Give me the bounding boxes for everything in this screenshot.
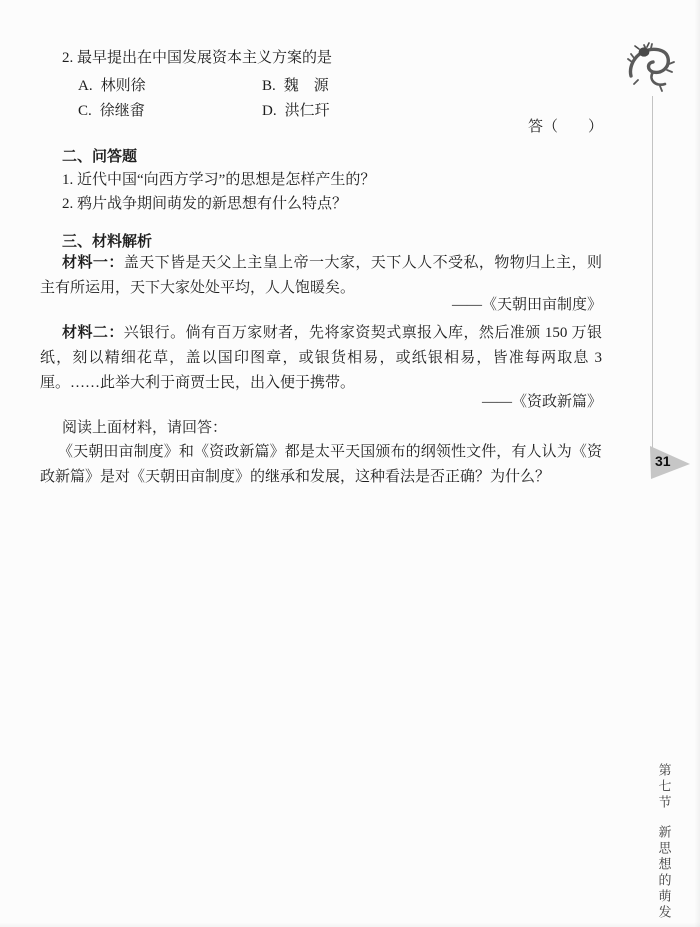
chapter-vertical-label: 第七节 新思想的萌发 <box>651 763 677 921</box>
material-1-label: 材料一： <box>62 254 124 271</box>
option-a-label: A. <box>78 78 93 94</box>
option-a: A.林则徐 <box>78 74 146 99</box>
option-d-label: D. <box>262 103 277 119</box>
option-b-text: 魏 源 <box>284 78 329 94</box>
page-edge-shadow-right <box>694 0 700 927</box>
dragon-ornament-icon <box>624 42 678 96</box>
material-1-source: ——《天朝田亩制度》 <box>40 293 606 318</box>
material-final-question: 《天朝田亩制度》和《资政新篇》都是太平天国颁布的纲领性文件，有人认为《资政新篇》… <box>40 440 602 490</box>
material-2-text: 兴银行。倘有百万家财者，先将家资契式禀报入库，然后准颁 150 万银纸，刻以精细… <box>40 325 602 391</box>
option-b-label: B. <box>262 78 276 94</box>
material-prompt: 阅读上面材料，请回答： <box>62 416 227 441</box>
textbook-page: { "page": { "number": "31", "chapter": {… <box>0 0 700 927</box>
page-number: 31 <box>655 453 671 469</box>
margin-rule-line <box>652 96 653 448</box>
chapter-title-label: 新思想的萌发 <box>655 825 674 921</box>
option-d-text: 洪仁玕 <box>285 103 330 119</box>
material-2-label: 材料二： <box>62 324 124 341</box>
material-1-text: 盖天下皆是天父上主皇上帝一大家，天下人人不受私，物物归上主，则主有所运用，天下大… <box>40 255 602 296</box>
choice-question-stem: 2. 最早提出在中国发展资本主义方案的是 <box>62 46 332 71</box>
option-c-text: 徐继畬 <box>100 103 145 119</box>
page-edge-shadow-bottom <box>0 922 700 927</box>
material-2-paragraph: 材料二：兴银行。倘有百万家财者，先将家资契式禀报入库，然后准颁 150 万银纸，… <box>40 320 602 396</box>
qa-question-2: 2. 鸦片战争期间萌发的新思想有什么特点？ <box>62 192 347 217</box>
qa-question-1: 1. 近代中国“向西方学习”的思想是怎样产生的？ <box>62 168 375 193</box>
page-number-marker: 31 <box>648 444 692 482</box>
option-c: C.徐继畬 <box>78 99 145 124</box>
material-2-source: ——《资政新篇》 <box>40 390 606 415</box>
option-c-label: C. <box>78 103 92 119</box>
answer-blank: 答（ ） <box>528 115 603 136</box>
qa-section-heading: 二、问答题 <box>62 144 137 169</box>
chapter-section-label: 第七节 <box>655 763 674 811</box>
option-b: B.魏 源 <box>262 74 329 99</box>
option-a-text: 林则徐 <box>101 78 146 94</box>
option-d: D.洪仁玕 <box>262 99 330 124</box>
